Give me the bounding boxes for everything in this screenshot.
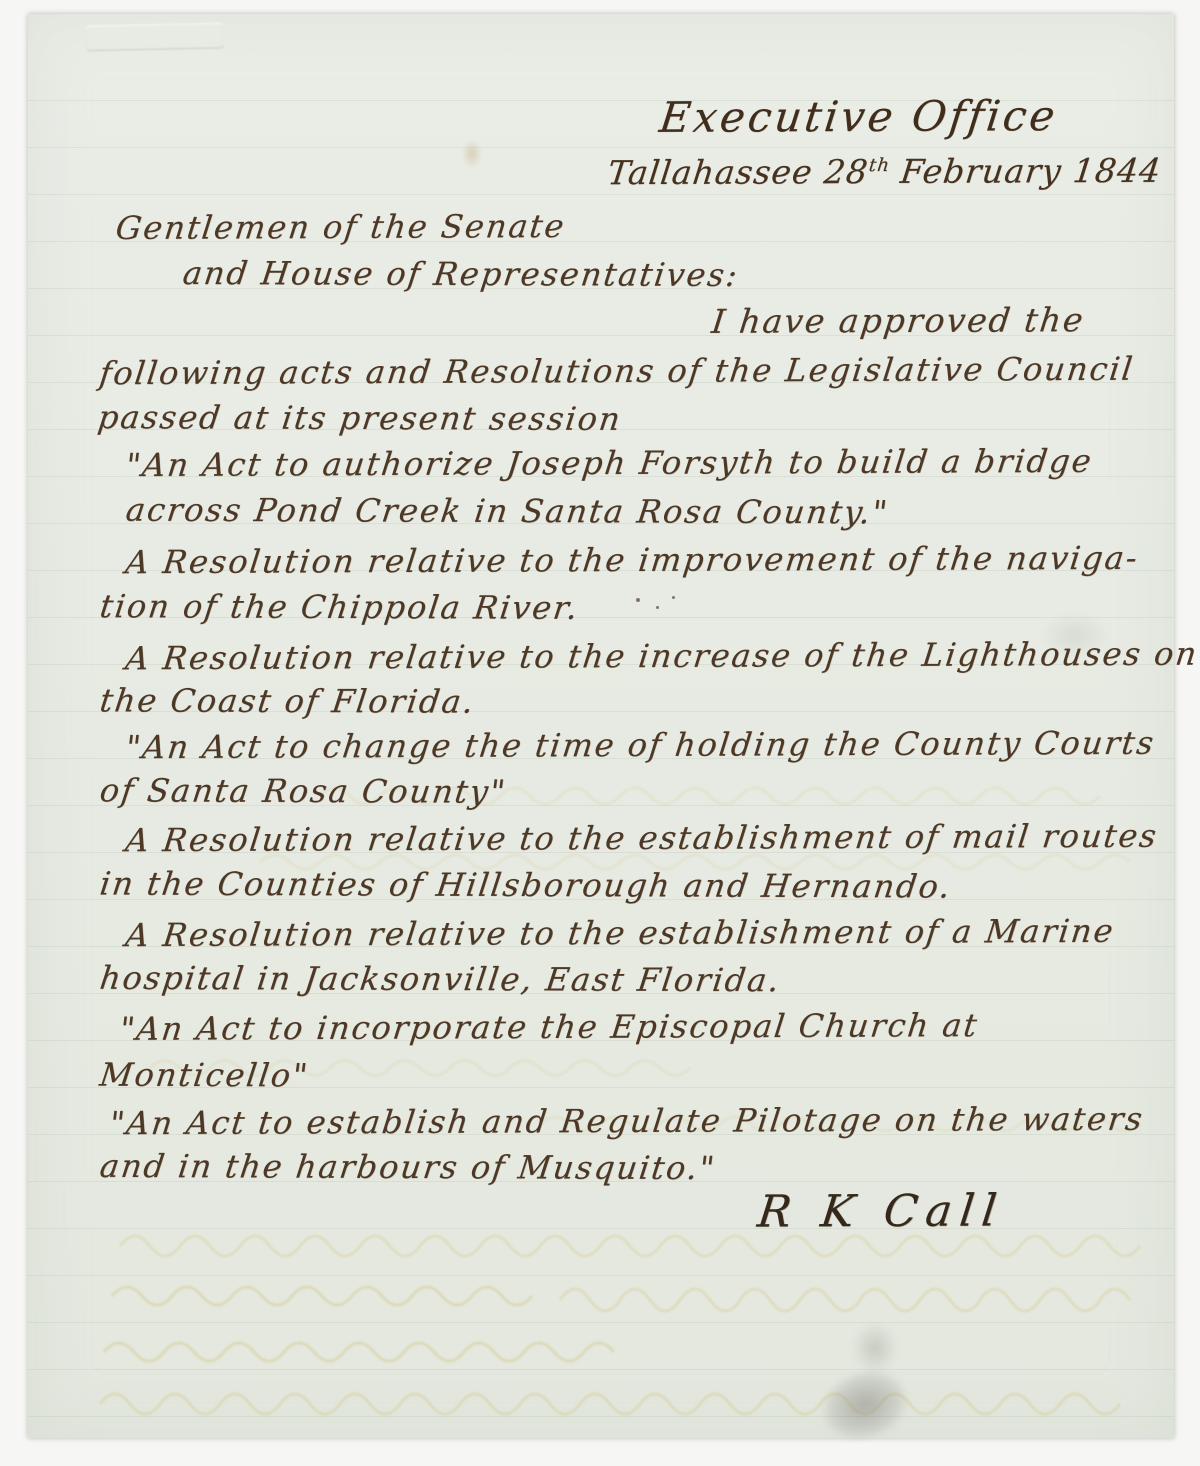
body-line: "An Act to establish and Regulate Pilota… [107, 1100, 1146, 1143]
opening-phrase: I have approved the [710, 300, 1087, 341]
ink-dot [656, 606, 659, 609]
body-line: A Resolution relative to the increase of… [123, 635, 1200, 678]
body-line: and in the harbours of Musquito." [98, 1147, 719, 1187]
embossed-stamp [86, 23, 225, 52]
letterhead-dateline: Tallahassee 28th February 1844 [606, 151, 1164, 192]
salutation-line-2: and House of Representatives: [181, 254, 741, 294]
letterhead-office: Executive Office [657, 91, 1060, 142]
ink-smudge-light [852, 1322, 898, 1374]
body-line: A Resolution relative to the establishme… [123, 817, 1160, 860]
body-line: the Coast of Florida. [98, 681, 478, 720]
body-line: in the Counties of Hillsborough and Hern… [98, 865, 954, 906]
body-line: across Pond Creek in Santa Rosa County." [124, 491, 891, 532]
dateline-ordinal: th [868, 155, 891, 176]
body-line: hospital in Jacksonville, East Florida. [98, 959, 783, 999]
body-line: A Resolution relative to the improvement… [123, 539, 1141, 581]
body-line: "An Act to incorporate the Episcopal Chu… [118, 1006, 981, 1048]
body-line: of Santa Rosa County" [98, 771, 509, 810]
body-line: "An Act to authorize Joseph Forsyth to b… [123, 442, 1094, 484]
ink-dot [636, 598, 640, 602]
body-line: tion of the Chippola River. [98, 587, 582, 627]
body-line: A Resolution relative to the establishme… [123, 912, 1116, 954]
signature: R K Call [755, 1185, 1007, 1237]
salutation-line-1: Gentlemen of the Senate [114, 207, 568, 247]
body-line: passed at its present session [96, 398, 624, 438]
body-line: Monticello" [98, 1056, 312, 1095]
body-line: "An Act to change the time of holding th… [123, 724, 1157, 766]
body-line: following acts and Resolutions of the Le… [97, 350, 1136, 393]
ink-dot [672, 596, 675, 599]
dateline-month-year: February 1844 [887, 151, 1164, 191]
paper-stain [462, 140, 482, 168]
dateline-place-day: Tallahassee 28 [606, 152, 871, 192]
